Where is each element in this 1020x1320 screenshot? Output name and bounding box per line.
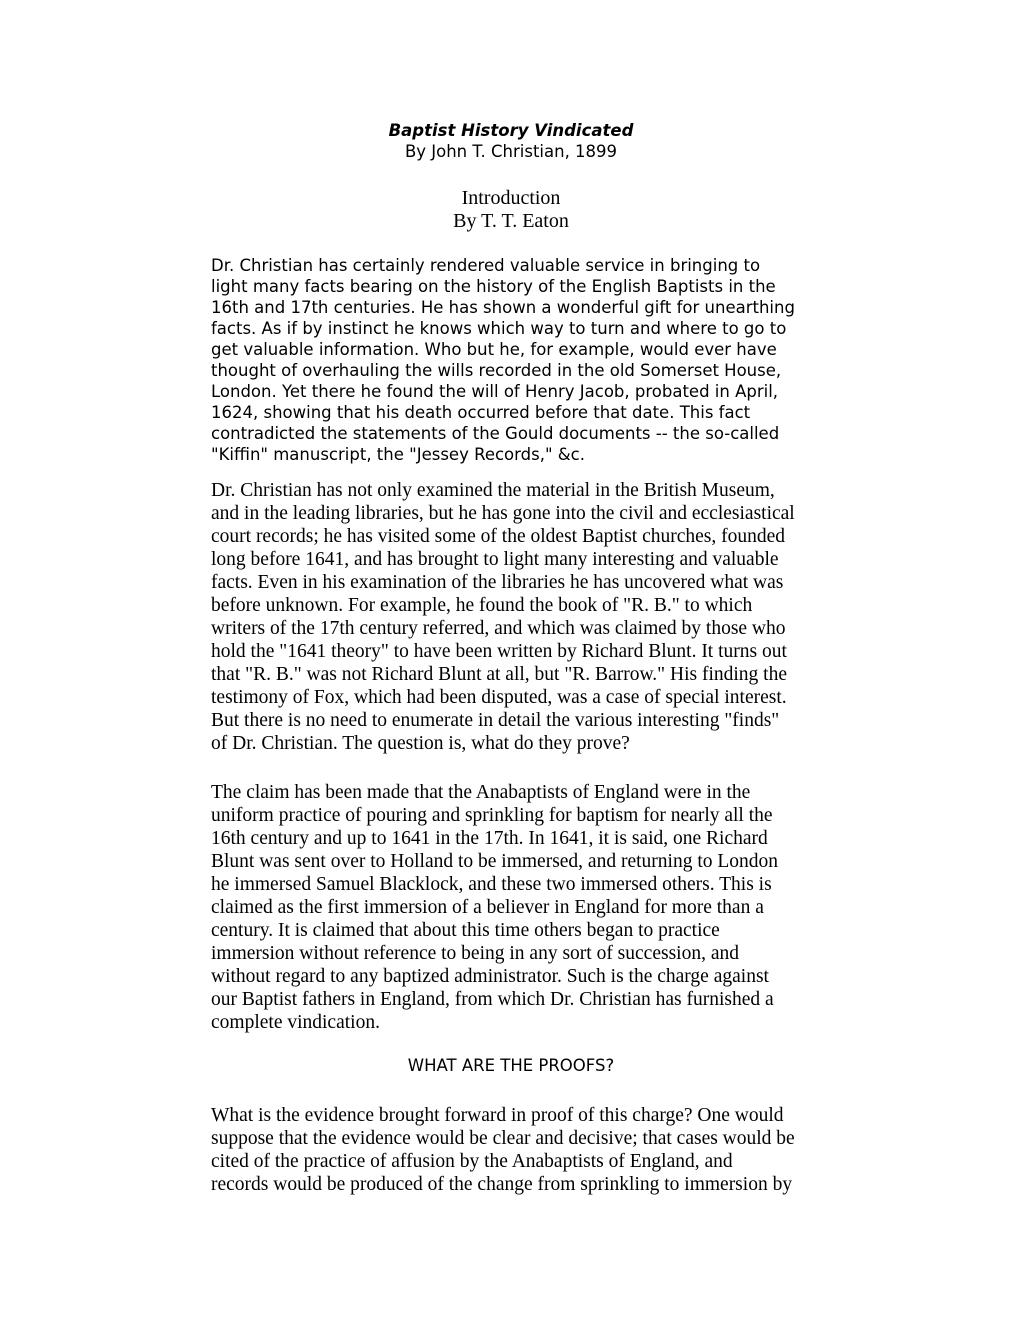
paragraph-3: The claim has been made that the Anabapt… <box>211 781 811 1034</box>
title-block: Baptist History Vindicated By John T. Ch… <box>211 120 811 162</box>
document-title: Baptist History Vindicated <box>211 120 811 141</box>
introduction-block: Introduction By T. T. Eaton <box>211 187 811 233</box>
introduction-byline: By T. T. Eaton <box>211 210 811 233</box>
section-heading-what-are-the-proofs: WHAT ARE THE PROOFS? <box>211 1055 811 1076</box>
paragraph-2: Dr. Christian has not only examined the … <box>211 479 811 755</box>
paragraph-1: Dr. Christian has certainly rendered val… <box>211 255 811 465</box>
document-page: Baptist History Vindicated By John T. Ch… <box>0 0 1020 1320</box>
paragraph-4: What is the evidence brought forward in … <box>211 1104 811 1196</box>
document-author-byline: By John T. Christian, 1899 <box>211 141 811 162</box>
introduction-heading: Introduction <box>211 187 811 210</box>
